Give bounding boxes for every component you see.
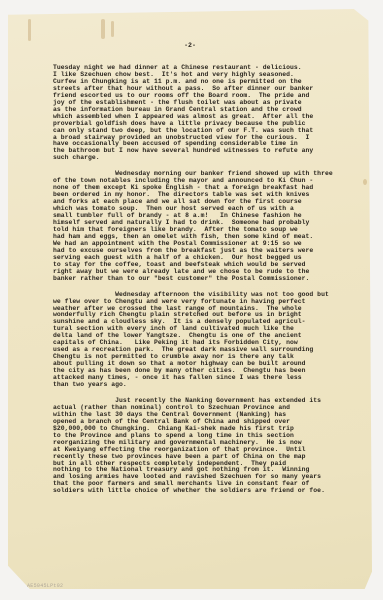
paragraph-tuesday-dinner: Tuesday night we had dinner at a Chinese… <box>53 65 363 162</box>
paragraph-nanking-government: Just recently the Nanking Government has… <box>53 398 363 495</box>
text-line: than two years ago. <box>53 382 363 389</box>
rust-stain <box>111 21 114 37</box>
typewritten-letter-page: -2- Tuesday night we had dinner at a Chi… <box>8 9 372 589</box>
archive-stamp: AE5045LPt02 <box>27 583 63 589</box>
rust-stain <box>363 179 367 185</box>
paragraph-wednesday-morning: Wednesday morning our banker friend show… <box>53 171 363 282</box>
text-line: soldiers with little choice of whether t… <box>53 488 363 495</box>
paragraph-wednesday-afternoon: Wednesday afternoon the visibility was n… <box>53 292 363 389</box>
text-line: banker rather than to our "best customer… <box>53 276 363 283</box>
letter-body: Tuesday night we had dinner at a Chinese… <box>53 65 363 495</box>
page-number: -2- <box>8 42 372 49</box>
text-line: such charge. <box>53 155 363 162</box>
rust-stain <box>101 19 105 39</box>
rust-stain <box>28 19 31 41</box>
